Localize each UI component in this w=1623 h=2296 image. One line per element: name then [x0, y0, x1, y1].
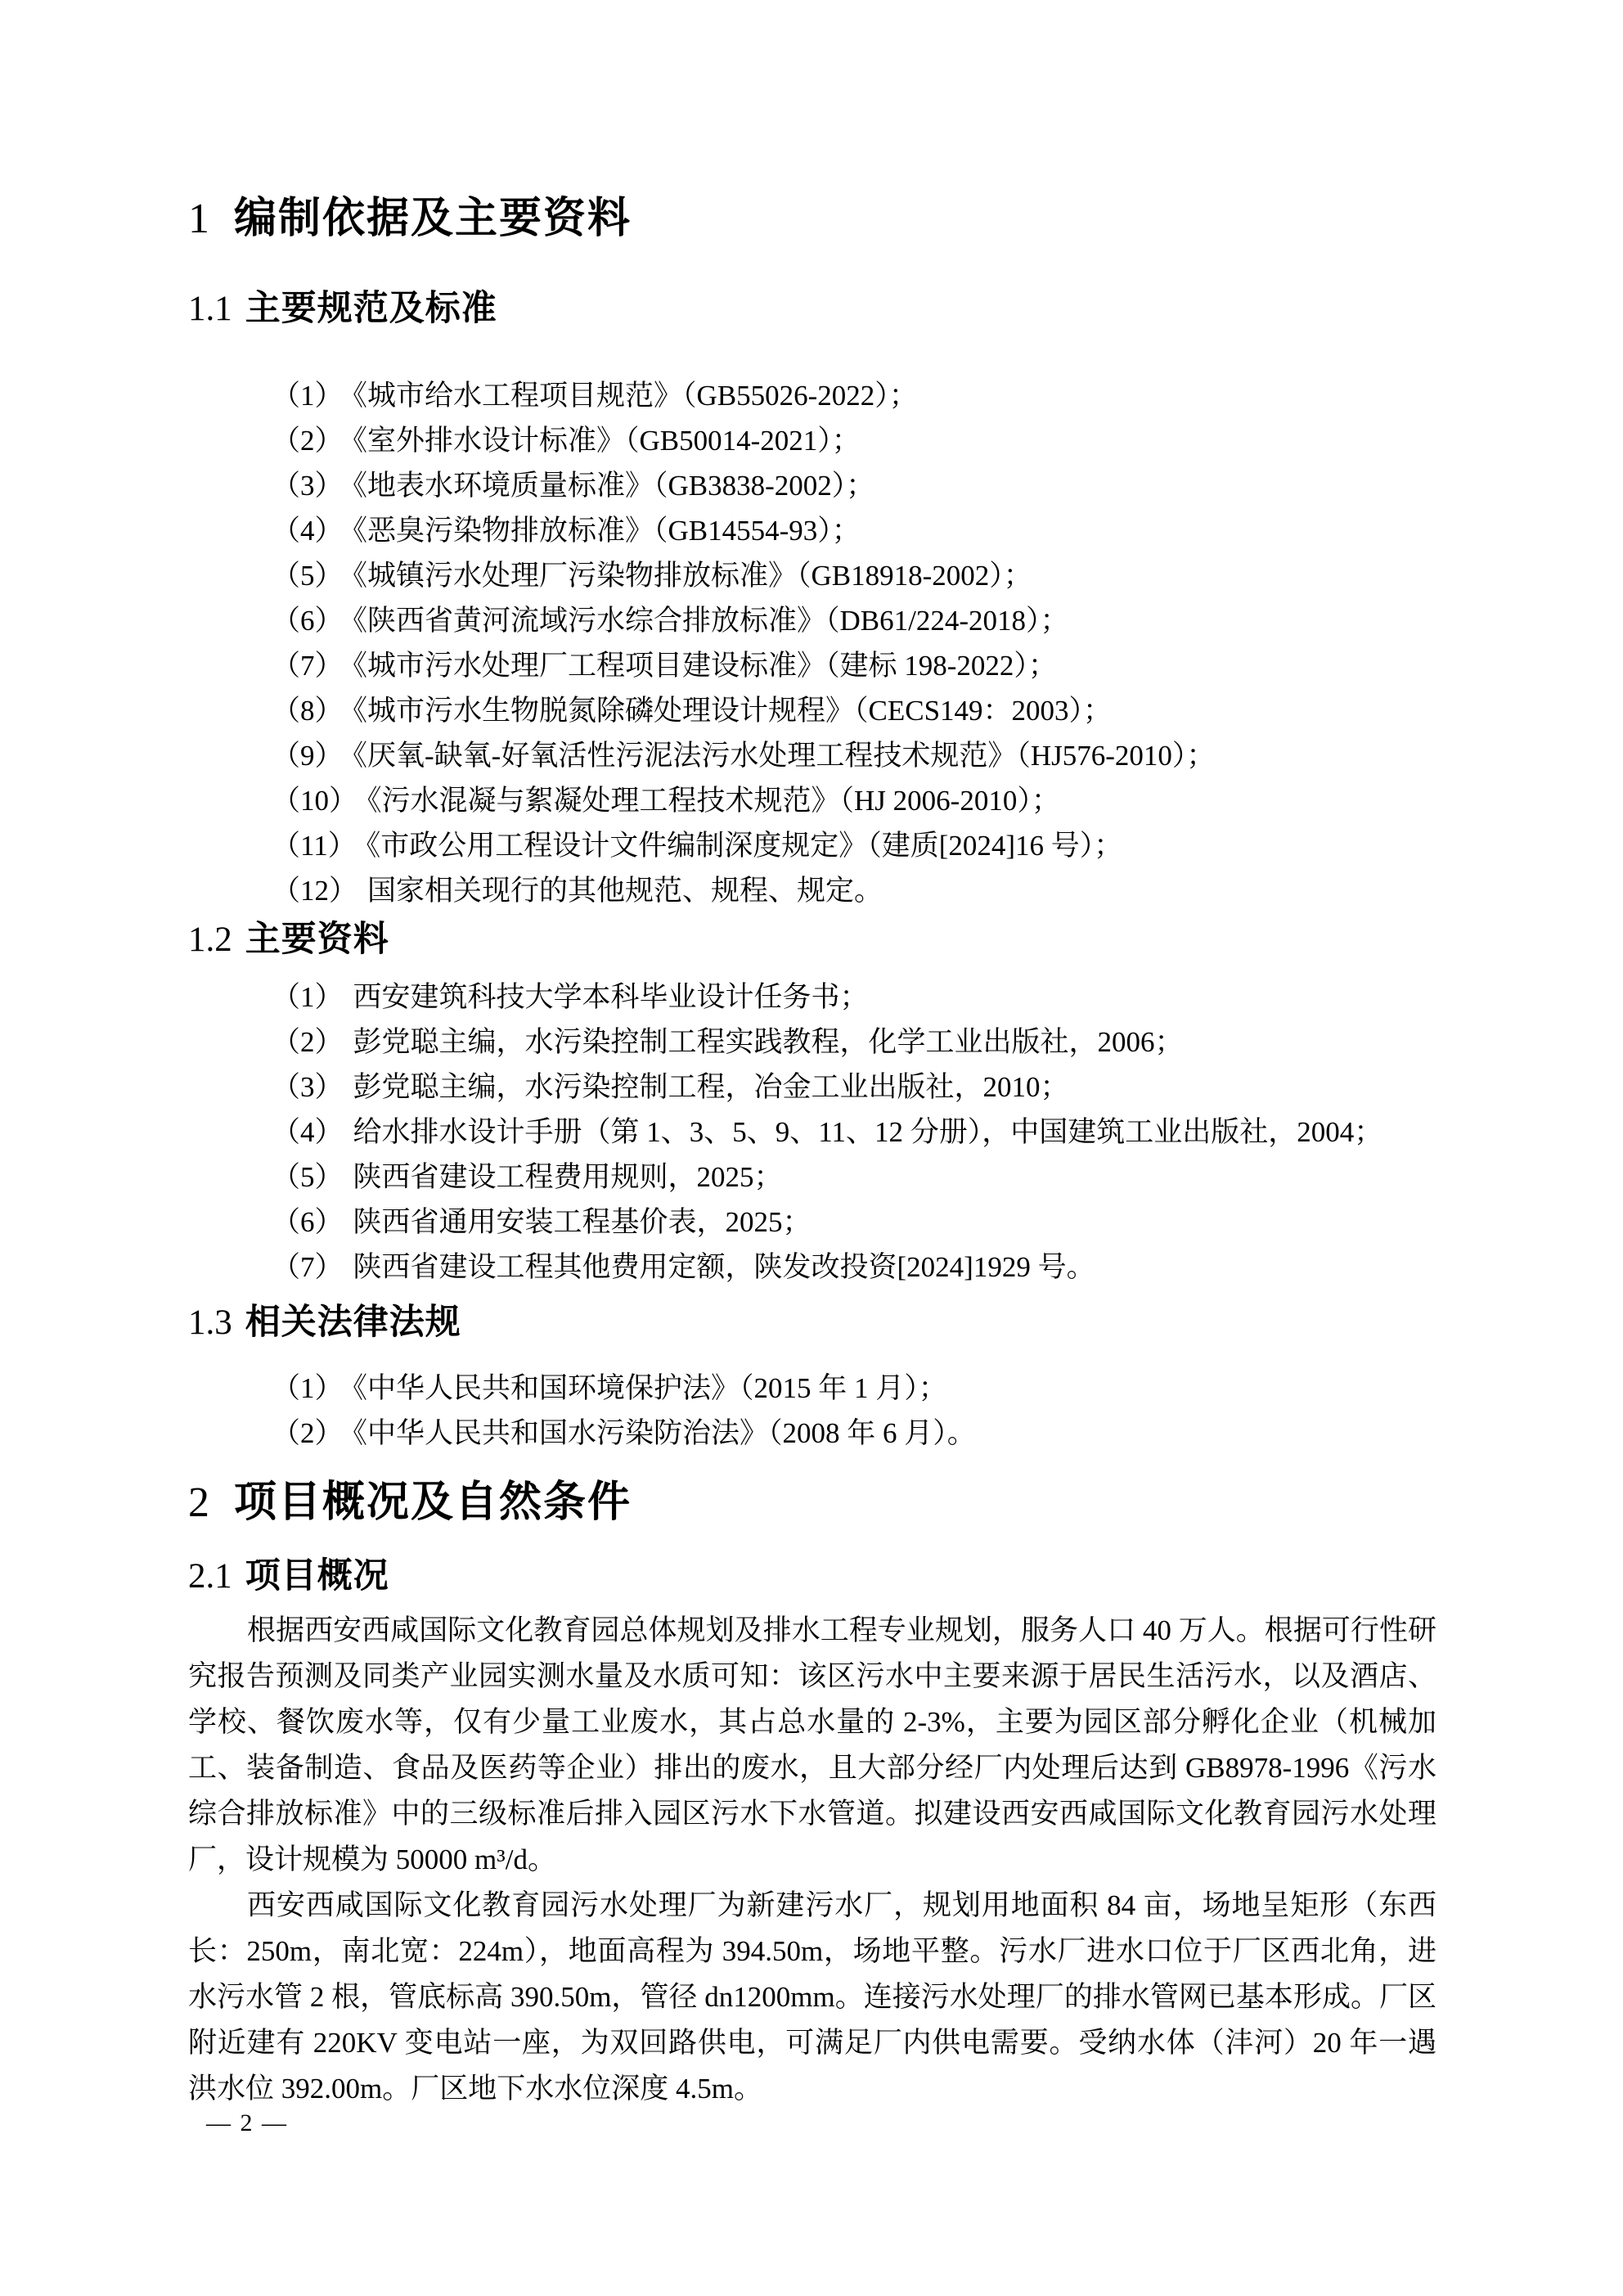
list-item: （7）陕西省建设工程其他费用定额，陕发改投资[2024]1929 号。 [272, 1245, 1436, 1290]
document-page: 1编制依据及主要资料 1.1主要规范及标准 （1）《城市给水工程项目规范》（GB… [0, 0, 1623, 2112]
list-item: （12）国家相关现行的其他规范、规程、规定。 [272, 868, 1436, 913]
list-item: （1）《城市给水工程项目规范》（GB55026-2022）； [272, 373, 1436, 418]
laws-list: （1）《中华人民共和国环境保护法》（2015 年 1 月）； （2）《中华人民共… [188, 1366, 1436, 1456]
section-2-1-heading: 2.1项目概况 [188, 1555, 1436, 1598]
list-item: （3）《地表水环境质量标准》（GB3838-2002）； [272, 463, 1436, 508]
section-1-2-heading: 1.2主要资料 [188, 918, 1436, 961]
list-item: （10）《污水混凝与絮凝处理工程技术规范》（HJ 2006-2010）； [272, 778, 1436, 823]
standards-list: （1）《城市给水工程项目规范》（GB55026-2022）； （2）《室外排水设… [188, 373, 1436, 913]
list-item: （2）《室外排水设计标准》（GB50014-2021）； [272, 418, 1436, 463]
section-1-1-number: 1.1 [188, 290, 232, 328]
list-item: （5）《城镇污水处理厂污染物排放标准》（GB18918-2002）； [272, 553, 1436, 598]
section-1-3-title: 相关法律法规 [245, 1303, 461, 1342]
list-item: （6）《陕西省黄河流域污水综合排放标准》（DB61/224-2018）； [272, 598, 1436, 643]
chapter-1-title: 编制依据及主要资料 [234, 195, 632, 242]
list-item: （2）《中华人民共和国水污染防治法》（2008 年 6 月）。 [272, 1411, 1436, 1456]
section-2-1-number: 2.1 [188, 1557, 232, 1596]
section-1-1-title: 主要规范及标准 [245, 289, 497, 328]
list-item: （5）陕西省建设工程费用规则，2025； [272, 1155, 1436, 1200]
project-overview-paragraph-2: 西安西咸国际文化教育园污水处理厂为新建污水厂，规划用地面积 84 亩，场地呈矩形… [188, 1883, 1436, 2112]
list-item: （1）西安建筑科技大学本科毕业设计任务书； [272, 975, 1436, 1020]
list-item: （3）彭党聪主编，水污染控制工程，冶金工业出版社，2010； [272, 1065, 1436, 1110]
list-item: （9）《厌氧-缺氧-好氧活性污泥法污水处理工程技术规范》（HJ576-2010）… [272, 733, 1436, 778]
section-1-3-heading: 1.3相关法律法规 [188, 1301, 1436, 1344]
chapter-2-title: 项目概况及自然条件 [234, 1479, 632, 1526]
section-1-2-title: 主要资料 [245, 920, 389, 959]
chapter-2-heading: 2项目概况及自然条件 [188, 1477, 1436, 1528]
list-item: （4）给水排水设计手册（第 1、3、5、9、11、12 分册），中国建筑工业出版… [272, 1110, 1436, 1155]
section-2-1-title: 项目概况 [245, 1556, 389, 1596]
page-number: — 2 — [206, 2109, 288, 2137]
list-item: （6）陕西省通用安装工程基价表，2025； [272, 1200, 1436, 1245]
chapter-1-heading: 1编制依据及主要资料 [188, 193, 1436, 245]
chapter-1-number: 1 [188, 196, 209, 242]
section-1-3-number: 1.3 [188, 1303, 232, 1342]
project-overview-paragraph-1: 根据西安西咸国际文化教育园总体规划及排水工程专业规划，服务人口 40 万人。根据… [188, 1608, 1436, 1883]
list-item: （7）《城市污水处理厂工程项目建设标准》（建标 198-2022）； [272, 643, 1436, 688]
list-item: （8）《城市污水生物脱氮除磷处理设计规程》（CECS149：2003）； [272, 688, 1436, 733]
section-1-1-heading: 1.1主要规范及标准 [188, 287, 1436, 331]
list-item: （1）《中华人民共和国环境保护法》（2015 年 1 月）； [272, 1366, 1436, 1411]
section-1-2-number: 1.2 [188, 921, 232, 959]
references-list: （1）西安建筑科技大学本科毕业设计任务书； （2）彭党聪主编，水污染控制工程实践… [188, 975, 1436, 1290]
chapter-2-number: 2 [188, 1479, 209, 1526]
list-item: （11）《市政公用工程设计文件编制深度规定》（建质[2024]16 号）； [272, 823, 1436, 868]
list-item: （2）彭党聪主编，水污染控制工程实践教程，化学工业出版社，2006； [272, 1020, 1436, 1065]
list-item: （4）《恶臭污染物排放标准》（GB14554-93）； [272, 508, 1436, 553]
